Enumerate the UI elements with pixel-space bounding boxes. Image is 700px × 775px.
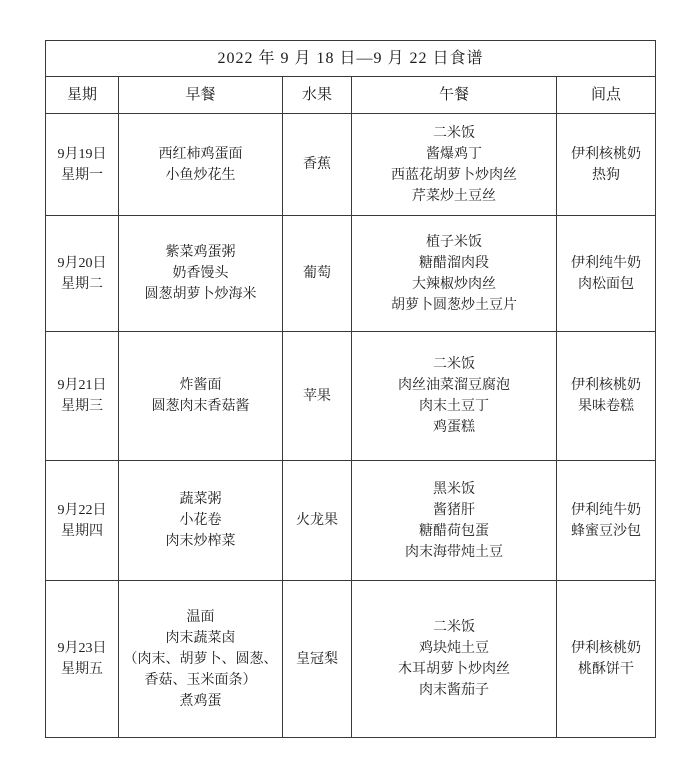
cell-lunch: 植子米饭 糖醋溜肉段 大辣椒炒肉丝 胡萝卜圆葱炒土豆片: [352, 216, 557, 332]
cell-lunch: 黑米饭 酱猪肝 糖醋荷包蛋 肉末海带炖土豆: [352, 461, 557, 581]
cell-snack: 伊利核桃奶 桃酥饼干: [557, 581, 656, 738]
menu-row-tuesday: 9月20日 星期二 紫菜鸡蛋粥 奶香馒头 圆葱胡萝卜炒海米 葡萄 植子米饭 糖醋…: [46, 216, 656, 332]
cell-snack: 伊利纯牛奶 蜂蜜豆沙包: [557, 461, 656, 581]
cell-fruit: 火龙果: [283, 461, 352, 581]
header-fruit: 水果: [283, 77, 352, 114]
cell-breakfast: 蔬菜粥 小花卷 肉末炒榨菜: [119, 461, 283, 581]
menu-page: 2022 年 9 月 18 日—9 月 22 日食谱 星期 早餐 水果 午餐 间…: [0, 0, 700, 775]
cell-day: 9月19日 星期一: [46, 114, 119, 216]
cell-fruit: 香蕉: [283, 114, 352, 216]
cell-breakfast: 温面 肉末蔬菜卤 （肉末、胡萝卜、圆葱、 香菇、玉米面条） 煮鸡蛋: [119, 581, 283, 738]
cell-breakfast: 炸酱面 圆葱肉末香菇酱: [119, 332, 283, 461]
cell-lunch: 二米饭 肉丝油菜溜豆腐泡 肉末土豆丁 鸡蛋糕: [352, 332, 557, 461]
cell-day: 9月22日 星期四: [46, 461, 119, 581]
cell-snack: 伊利核桃奶 热狗: [557, 114, 656, 216]
cell-fruit: 苹果: [283, 332, 352, 461]
cell-breakfast: 紫菜鸡蛋粥 奶香馒头 圆葱胡萝卜炒海米: [119, 216, 283, 332]
menu-row-wednesday: 9月21日 星期三 炸酱面 圆葱肉末香菇酱 苹果 二米饭 肉丝油菜溜豆腐泡 肉末…: [46, 332, 656, 461]
header-snack: 间点: [557, 77, 656, 114]
header-row: 星期 早餐 水果 午餐 间点: [46, 77, 656, 114]
cell-snack: 伊利核桃奶 果味卷糕: [557, 332, 656, 461]
title-row: 2022 年 9 月 18 日—9 月 22 日食谱: [46, 41, 656, 77]
cell-snack: 伊利纯牛奶 肉松面包: [557, 216, 656, 332]
cell-day: 9月20日 星期二: [46, 216, 119, 332]
header-weekday: 星期: [46, 77, 119, 114]
cell-lunch: 二米饭 鸡块炖土豆 木耳胡萝卜炒肉丝 肉末酱茄子: [352, 581, 557, 738]
menu-table: 2022 年 9 月 18 日—9 月 22 日食谱 星期 早餐 水果 午餐 间…: [45, 40, 656, 738]
cell-lunch: 二米饭 酱爆鸡丁 西蓝花胡萝卜炒肉丝 芹菜炒土豆丝: [352, 114, 557, 216]
menu-row-friday: 9月23日 星期五 温面 肉末蔬菜卤 （肉末、胡萝卜、圆葱、 香菇、玉米面条） …: [46, 581, 656, 738]
menu-row-monday: 9月19日 星期一 西红柿鸡蛋面 小鱼炒花生 香蕉 二米饭 酱爆鸡丁 西蓝花胡萝…: [46, 114, 656, 216]
cell-day: 9月23日 星期五: [46, 581, 119, 738]
cell-fruit: 葡萄: [283, 216, 352, 332]
header-lunch: 午餐: [352, 77, 557, 114]
cell-fruit: 皇冠梨: [283, 581, 352, 738]
cell-breakfast: 西红柿鸡蛋面 小鱼炒花生: [119, 114, 283, 216]
table-title: 2022 年 9 月 18 日—9 月 22 日食谱: [46, 41, 656, 77]
cell-day: 9月21日 星期三: [46, 332, 119, 461]
header-breakfast: 早餐: [119, 77, 283, 114]
menu-row-thursday: 9月22日 星期四 蔬菜粥 小花卷 肉末炒榨菜 火龙果 黑米饭 酱猪肝 糖醋荷包…: [46, 461, 656, 581]
